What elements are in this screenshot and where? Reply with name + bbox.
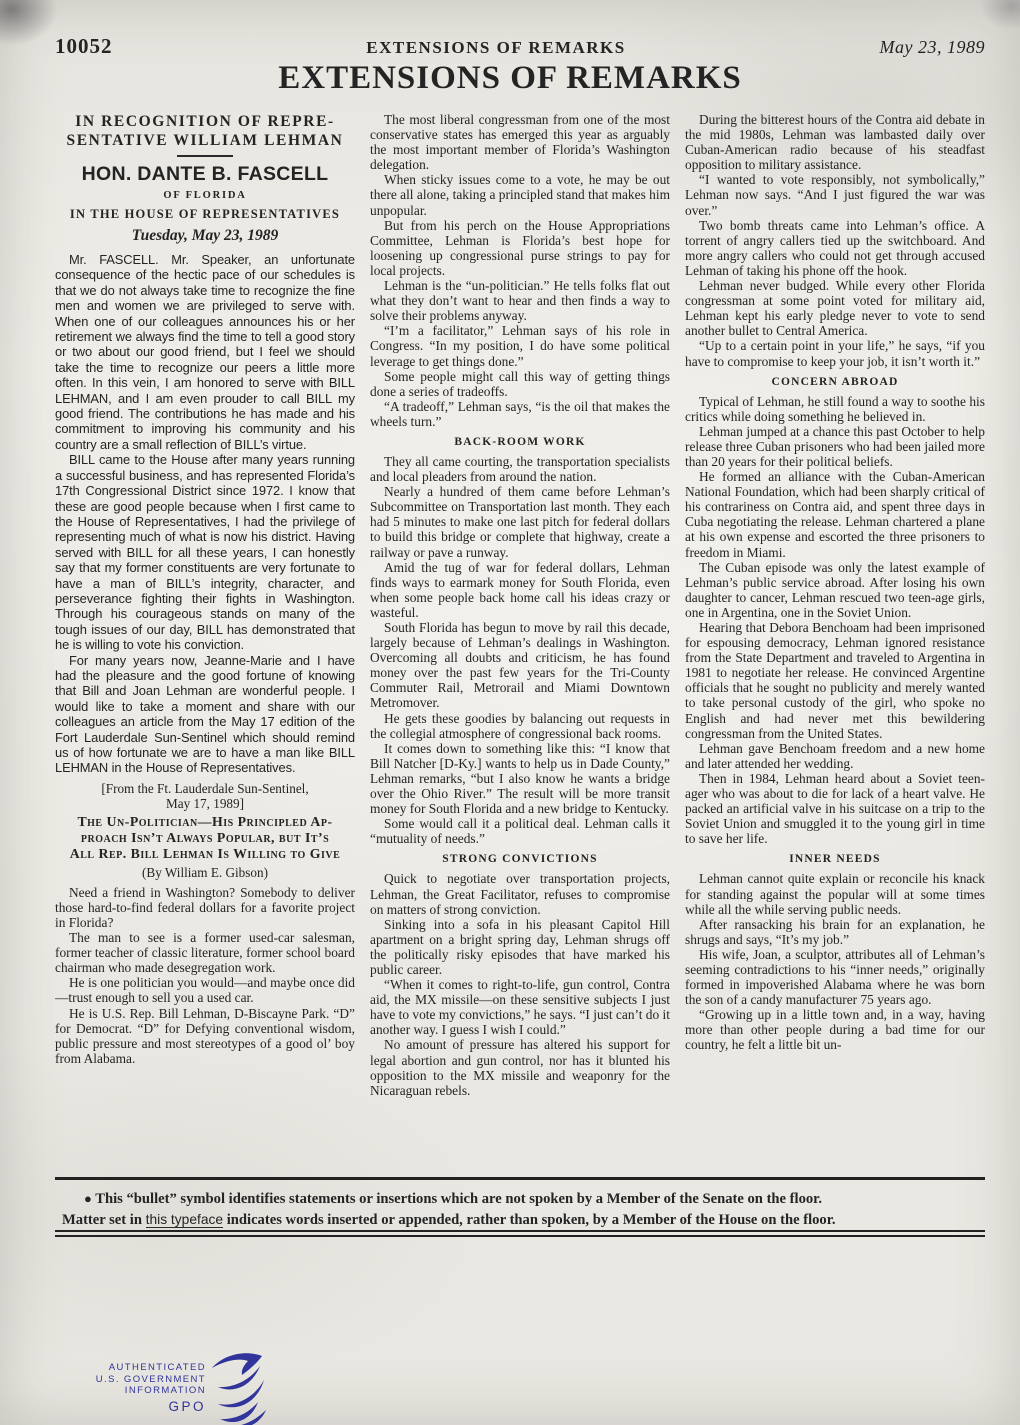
paragraph: The Cuban episode was only the latest ex… (685, 560, 985, 620)
footer-note-line1: ● This “bullet” symbol identifies statem… (62, 1189, 978, 1210)
footer-note-text1: This “bullet” symbol identifies statemen… (95, 1191, 822, 1207)
session-date: Tuesday, May 23, 1989 (55, 226, 355, 245)
paragraph: South Florida has begun to move by rail … (370, 620, 670, 711)
section-subhead: CONCERN ABROAD (685, 375, 985, 389)
paragraph: Then in 1984, Lehman heard about a Sovie… (685, 771, 985, 846)
page-number: 10052 (55, 34, 113, 59)
footer-note-text2-suffix: indicates words inserted or appended, ra… (223, 1212, 835, 1228)
gpo-eagle-icon (204, 1352, 268, 1425)
paragraph: He is U.S. Rep. Bill Lehman, D-Biscayne … (55, 1006, 355, 1066)
typeface-sample: this typeface (146, 1212, 223, 1231)
paragraph: Nearly a hundred of them came before Leh… (370, 484, 670, 559)
paragraph: It comes down to something like this: “I… (370, 741, 670, 816)
footer-top-rule (55, 1177, 985, 1180)
paragraph: But from his perch on the House Appropri… (370, 218, 670, 278)
paragraph: He gets these goodies by balancing out r… (370, 711, 670, 741)
column-3: During the bitterest hours of the Contra… (685, 112, 985, 1174)
paragraph: Mr. FASCELL. Mr. Speaker, an unfortunate… (55, 252, 355, 452)
article-byline: (By William E. Gibson) (55, 865, 355, 881)
paragraph: “A tradeoff,” Lehman says, “is the oil t… (370, 399, 670, 429)
gpo-line-authenticated: AUTHENTICATED (96, 1362, 206, 1374)
paragraph: Sinking into a sofa in his pleasant Capi… (370, 917, 670, 977)
footer-bottom-rule (55, 1230, 985, 1237)
paragraph: Typical of Lehman, he still found a way … (685, 394, 985, 424)
statement-heading: IN RECOGNITION OF REPRE- SENTATIVE WILLI… (55, 112, 355, 150)
page-title: EXTENSIONS OF REMARKS (0, 58, 1020, 98)
gpo-seal-text: AUTHENTICATED U.S. GOVERNMENT INFORMATIO… (96, 1362, 206, 1412)
gpo-authentication-seal: AUTHENTICATED U.S. GOVERNMENT INFORMATIO… (58, 1352, 268, 1425)
paragraph: The man to see is a former used-car sale… (55, 930, 355, 975)
speaker-state: OF FLORIDA (55, 189, 355, 203)
paragraph: “I’m a facilitator,” Lehman says of his … (370, 323, 670, 368)
column-1: IN RECOGNITION OF REPRE- SENTATIVE WILLI… (55, 112, 355, 1174)
paragraph: Lehman is the “un-politician.” He tells … (370, 278, 670, 323)
footer-note-line2: Matter set in this typeface indicates wo… (62, 1210, 978, 1231)
paragraph: Lehman gave Benchoam freedom and a new h… (685, 741, 985, 771)
paragraph: Lehman cannot quite explain or reconcile… (685, 871, 985, 916)
paragraph: “I wanted to vote responsibly, not symbo… (685, 172, 985, 217)
paragraph: The most liberal congressman from one of… (370, 112, 670, 172)
gpo-acronym: GPO (96, 1401, 206, 1413)
gpo-line-information: INFORMATION (96, 1385, 206, 1397)
paragraph: During the bitterest hours of the Contra… (685, 112, 985, 172)
speaker-name: HON. DANTE B. FASCELL (55, 163, 355, 186)
paragraph: His wife, Joan, a sculptor, attributes a… (685, 947, 985, 1007)
paragraph: BILL came to the House after many years … (55, 452, 355, 652)
paragraph: “When it comes to right-to-life, gun con… (370, 977, 670, 1037)
paragraph: Hearing that Debora Benchoam had been im… (685, 620, 985, 741)
footer-note-text2-prefix: Matter set in (62, 1212, 146, 1228)
paragraph: “Growing up in a little town and, in a w… (685, 1007, 985, 1052)
paragraph: Lehman jumped at a chance this past Octo… (685, 424, 985, 469)
chamber-line: IN THE HOUSE OF REPRESENTATIVES (55, 206, 355, 222)
paragraph: He is one politician you would—and maybe… (55, 975, 355, 1005)
page-header: 10052 EXTENSIONS OF REMARKS May 23, 1989 (55, 34, 985, 59)
scan-smudge (980, 0, 1020, 30)
paragraph: No amount of pressure has altered his su… (370, 1037, 670, 1097)
gpo-line-government: U.S. GOVERNMENT (96, 1374, 206, 1386)
column-layout: IN RECOGNITION OF REPRE- SENTATIVE WILLI… (55, 112, 985, 1174)
heading-divider (177, 155, 233, 157)
article-source: [From the Ft. Lauderdale Sun-Sentinel, M… (55, 781, 355, 811)
article-headline: The Un-Politician—His Principled Ap- pro… (55, 814, 355, 862)
bullet-symbol-icon: ● (84, 1191, 92, 1206)
congressional-record-page: 10052 EXTENSIONS OF REMARKS May 23, 1989… (0, 0, 1020, 1425)
paragraph: Lehman never budged. While every other F… (685, 278, 985, 338)
paragraph: Amid the tug of war for federal dollars,… (370, 560, 670, 620)
section-subhead: INNER NEEDS (685, 852, 985, 866)
paragraph: Two bomb threats came into Lehman’s offi… (685, 218, 985, 278)
section-subhead: STRONG CONVICTIONS (370, 852, 670, 866)
paragraph: Need a friend in Washington? Somebody to… (55, 885, 355, 930)
running-title: EXTENSIONS OF REMARKS (113, 38, 880, 58)
paragraph: For many years now, Jeanne-Marie and I h… (55, 653, 355, 776)
paragraph: After ransacking his brain for an explan… (685, 917, 985, 947)
column-2: The most liberal congressman from one of… (370, 112, 670, 1174)
scan-smudge (0, 0, 58, 46)
paragraph: Some would call it a political deal. Leh… (370, 816, 670, 846)
section-subhead: BACK-ROOM WORK (370, 435, 670, 449)
footer-note: ● This “bullet” symbol identifies statem… (62, 1189, 978, 1230)
paragraph: When sticky issues come to a vote, he ma… (370, 172, 670, 217)
paragraph: They all came courting, the transportati… (370, 454, 670, 484)
paragraph: Quick to negotiate over transportation p… (370, 871, 670, 916)
paragraph: He formed an alliance with the Cuban-Ame… (685, 469, 985, 560)
paragraph: “Up to a certain point in your life,” he… (685, 338, 985, 368)
paragraph: Some people might call this way of getti… (370, 369, 670, 399)
page-date: May 23, 1989 (880, 37, 985, 58)
